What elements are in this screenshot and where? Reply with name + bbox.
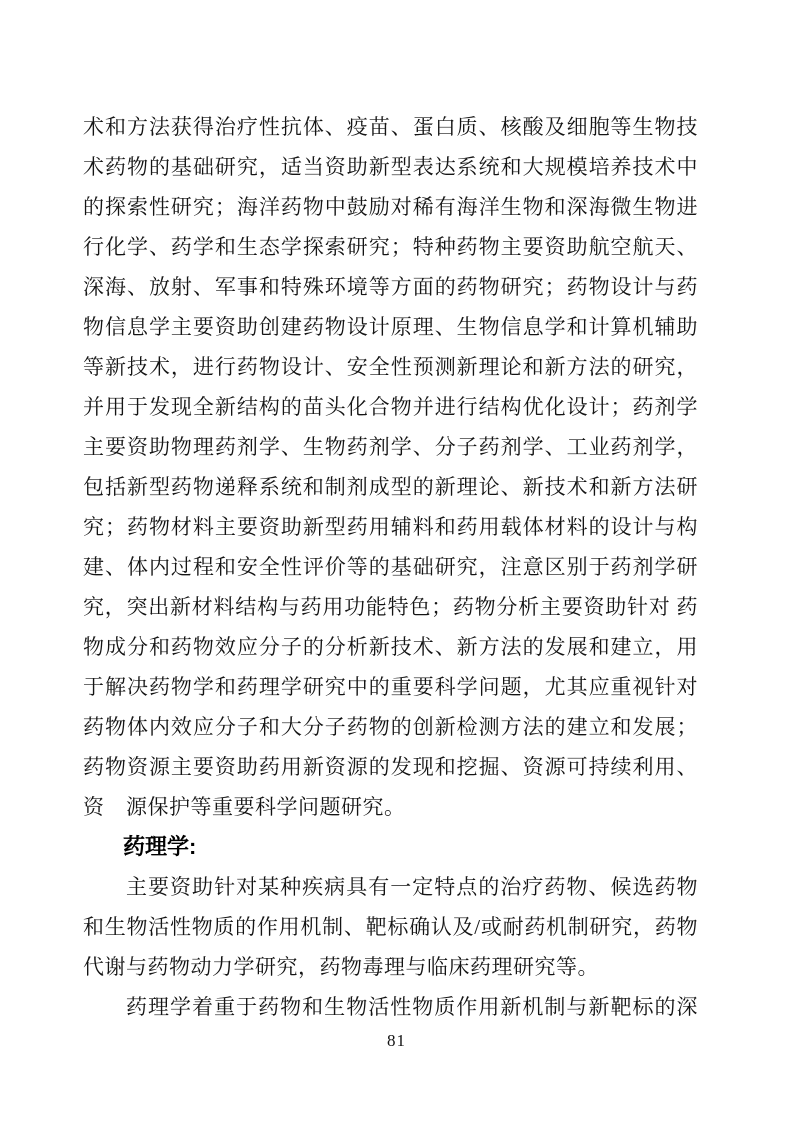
text-line: 和生物活性物质的作用机制、靶标确认及/或耐药机制研究，药物 bbox=[83, 907, 698, 947]
text-line: 并用于发现全新结构的苗头化合物并进行结构优化设计；药剂学 bbox=[83, 387, 698, 427]
text-line: 建、体内过程和安全性评价等的基础研究，注意区别于药剂学研 bbox=[83, 547, 698, 587]
page-number: 81 bbox=[0, 1031, 793, 1051]
text-line: 药物体内效应分子和大分子药物的创新检测方法的建立和发展； bbox=[83, 707, 698, 747]
text-line: 药理学着重于药物和生物活性物质作用新机制与新靶标的深 bbox=[83, 987, 698, 1027]
text-line: 主要资助针对某种疾病具有一定特点的治疗药物、候选药物 bbox=[83, 867, 698, 907]
document-page: 术和方法获得治疗性抗体、疫苗、蛋白质、核酸及细胞等生物技 术药物的基础研究，适当… bbox=[0, 0, 793, 1122]
text-line: 等新技术，进行药物设计、安全性预测新理论和新方法的研究， bbox=[83, 347, 698, 387]
text-line: 药物资源主要资助药用新资源的发现和挖掘、资源可持续利用、 bbox=[83, 747, 698, 787]
text-line: 行化学、药学和生态学探索研究；特种药物主要资助航空航天、 bbox=[83, 227, 698, 267]
text-line: 物信息学主要资助创建药物设计原理、生物信息学和计算机辅助 bbox=[83, 307, 698, 347]
text-line: 包括新型药物递释系统和制剂成型的新理论、新技术和新方法研 bbox=[83, 467, 698, 507]
text-line: 究；药物材料主要资助新型药用辅料和药用载体材料的设计与构 bbox=[83, 507, 698, 547]
text-line: 究，突出新材料结构与药用功能特色；药物分析主要资助针对 药 bbox=[83, 587, 698, 627]
text-line: 主要资助物理药剂学、生物药剂学、分子药剂学、工业药剂学， bbox=[83, 427, 698, 467]
text-line: 资 源保护等重要科学问题研究。 bbox=[83, 787, 698, 827]
section-heading-pharmacology: 药理学: bbox=[83, 827, 698, 867]
text-line: 代谢与药物动力学研究，药物毒理与临床药理研究等。 bbox=[83, 947, 698, 987]
text-line: 于解决药物学和药理学研究中的重要科学问题，尤其应重视针对 bbox=[83, 667, 698, 707]
text-line: 的探索性研究；海洋药物中鼓励对稀有海洋生物和深海微生物进 bbox=[83, 187, 698, 227]
text-line: 术药物的基础研究，适当资助新型表达系统和大规模培养技术中 bbox=[83, 147, 698, 187]
text-line: 术和方法获得治疗性抗体、疫苗、蛋白质、核酸及细胞等生物技 bbox=[83, 107, 698, 147]
document-body: 术和方法获得治疗性抗体、疫苗、蛋白质、核酸及细胞等生物技 术药物的基础研究，适当… bbox=[83, 107, 698, 1027]
text-line: 深海、放射、军事和特殊环境等方面的药物研究；药物设计与药 bbox=[83, 267, 698, 307]
text-line: 物成分和药物效应分子的分析新技术、新方法的发展和建立，用 bbox=[83, 627, 698, 667]
